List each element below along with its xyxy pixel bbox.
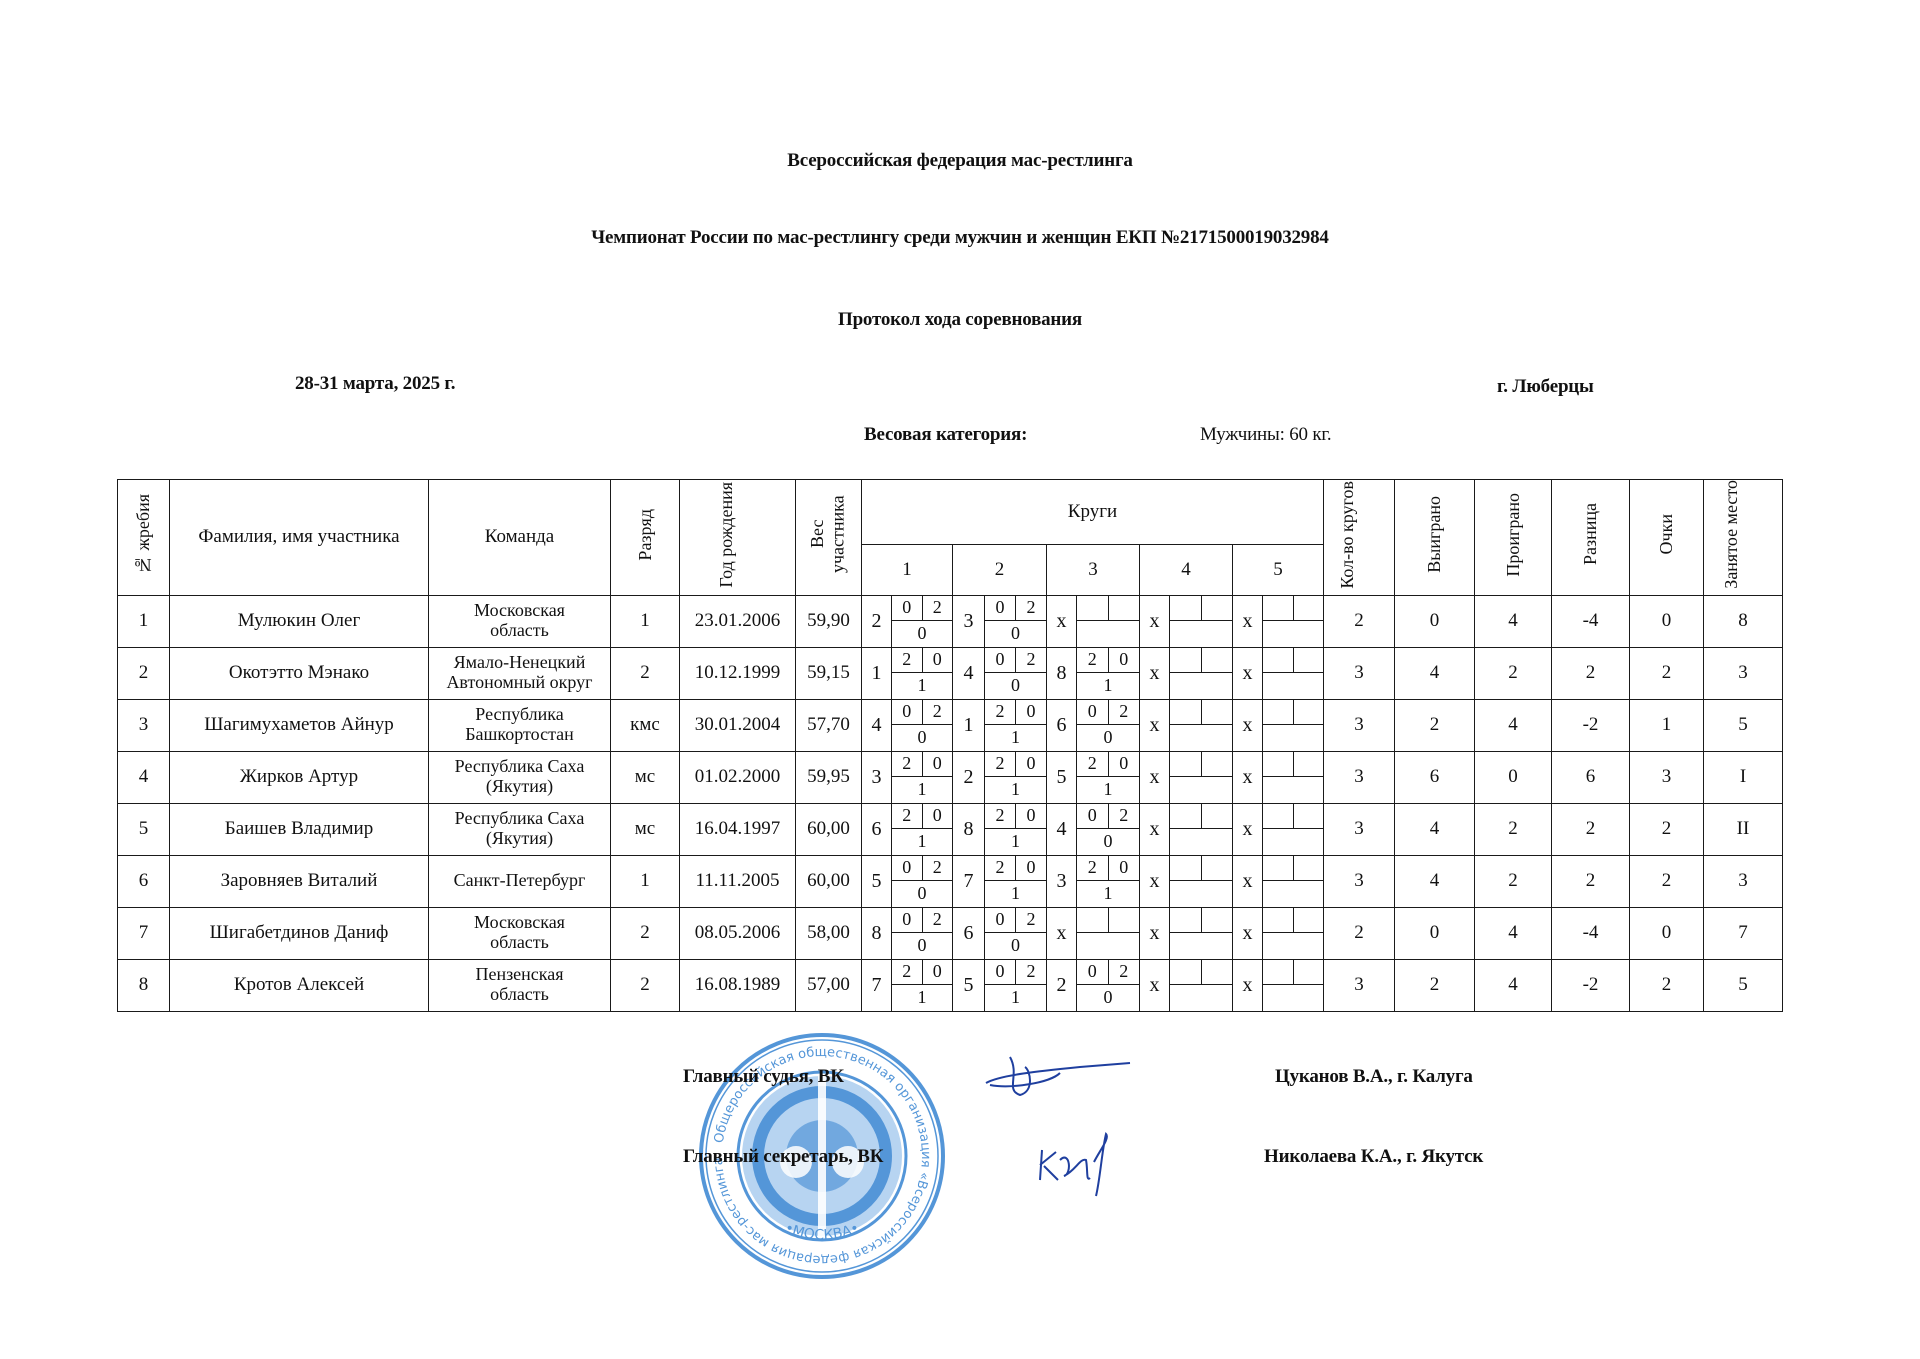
round-points: 1 <box>892 985 952 1011</box>
round-points <box>1263 725 1323 751</box>
round-opponent-cell: 5 <box>862 855 892 907</box>
round-points: 1 <box>892 777 952 803</box>
won-cell: 4 <box>1395 647 1475 699</box>
rounds-count-cell: 3 <box>1324 959 1395 1011</box>
round-score-cell: 020 <box>985 907 1047 959</box>
score-b: 2 <box>922 700 952 725</box>
name-cell: Шагимухаметов Айнур <box>170 699 429 751</box>
round-opponent-cell: 7 <box>862 959 892 1011</box>
round-score-cell <box>1263 907 1324 959</box>
score-b <box>1201 804 1232 829</box>
score-b: 0 <box>1016 804 1047 829</box>
team-line: Автономный округ <box>429 673 610 693</box>
round-score-box <box>1263 804 1323 854</box>
round-score-cell: 201 <box>892 751 953 803</box>
round-score-cell: 020 <box>892 855 953 907</box>
team-line: (Якутия) <box>429 777 610 797</box>
score-a <box>1170 856 1201 881</box>
round-points <box>1263 985 1323 1011</box>
round-score-cell: 020 <box>892 907 953 959</box>
round-points: 1 <box>1077 777 1139 803</box>
score-a <box>1170 908 1201 933</box>
points-cell: 2 <box>1630 647 1704 699</box>
round-score-box: 020 <box>1077 804 1139 854</box>
round-opponent-cell: 6 <box>953 907 985 959</box>
round-opponent-cell: x <box>1233 595 1263 647</box>
score-b: 0 <box>922 648 952 673</box>
round-opponent-cell: x <box>1233 803 1263 855</box>
round-score-cell: 201 <box>985 699 1047 751</box>
rank-cell: мс <box>611 803 680 855</box>
col-won: Выиграно <box>1395 480 1475 596</box>
weight-category-value: Мужчины: 60 кг. <box>1200 424 1331 446</box>
score-a <box>1170 752 1201 777</box>
round-opponent-cell: x <box>1047 907 1077 959</box>
name-cell: Шигабетдинов Даниф <box>170 907 429 959</box>
round-opponent-cell: 3 <box>953 595 985 647</box>
place-cell: II <box>1704 803 1783 855</box>
round-score-cell <box>1077 595 1140 647</box>
round-score-box: 201 <box>985 804 1046 854</box>
won-cell: 0 <box>1395 907 1475 959</box>
round-score-box: 201 <box>892 648 952 698</box>
birth-cell: 01.02.2000 <box>680 751 796 803</box>
rounds-count-cell: 3 <box>1324 855 1395 907</box>
round-opponent-cell: x <box>1140 959 1170 1011</box>
score-b: 2 <box>1108 804 1139 829</box>
score-b <box>1201 700 1232 725</box>
round-opponent-cell: 6 <box>1047 699 1077 751</box>
round-opponent-cell: x <box>1233 699 1263 751</box>
score-a: 2 <box>1077 752 1108 777</box>
round-score-box <box>1170 960 1232 1010</box>
round-score-cell <box>1263 751 1324 803</box>
score-b <box>1201 908 1232 933</box>
team-cell: Пензенскаяобласть <box>429 959 611 1011</box>
team-line: Санкт-Петербург <box>429 871 610 891</box>
round-score-cell: 020 <box>1077 699 1140 751</box>
round-score-cell <box>1263 699 1324 751</box>
round-opponent-cell: 2 <box>862 595 892 647</box>
birth-cell: 23.01.2006 <box>680 595 796 647</box>
round-opponent-cell: 1 <box>862 647 892 699</box>
place-cell: 5 <box>1704 699 1783 751</box>
col-rank: Разряд <box>611 480 680 596</box>
round-score-box: 201 <box>985 752 1046 802</box>
round-score-cell <box>1263 959 1324 1011</box>
round-score-cell: 201 <box>892 959 953 1011</box>
round-header-3: 3 <box>1047 545 1140 595</box>
points-cell: 0 <box>1630 595 1704 647</box>
rounds-count-cell: 3 <box>1324 803 1395 855</box>
rank-cell: 2 <box>611 907 680 959</box>
round-points: 0 <box>1077 985 1139 1011</box>
team-line: область <box>429 985 610 1005</box>
score-b <box>1293 960 1323 985</box>
team-cell: Московскаяобласть <box>429 907 611 959</box>
round-score-box: 201 <box>1077 648 1139 698</box>
score-b: 0 <box>1016 700 1047 725</box>
rounds-count-cell: 3 <box>1324 647 1395 699</box>
round-score-cell <box>1170 855 1233 907</box>
score-a: 0 <box>985 908 1016 933</box>
score-a: 0 <box>892 856 922 881</box>
table-row: 7Шигабетдинов ДанифМосковскаяобласть208.… <box>118 907 1783 959</box>
team-line: Московская <box>429 913 610 933</box>
score-b <box>1293 908 1323 933</box>
round-opponent-cell: x <box>1233 647 1263 699</box>
round-score-cell <box>1263 855 1324 907</box>
round-score-box <box>1263 648 1323 698</box>
round-score-box: 201 <box>985 700 1046 750</box>
round-score-box <box>1170 908 1232 958</box>
score-a <box>1263 648 1293 673</box>
draw-no-cell: 6 <box>118 855 170 907</box>
score-a: 2 <box>892 804 922 829</box>
round-score-box: 201 <box>892 804 952 854</box>
points-cell: 0 <box>1630 907 1704 959</box>
score-b <box>1201 752 1232 777</box>
round-score-cell <box>1263 803 1324 855</box>
score-a: 2 <box>985 804 1016 829</box>
score-b <box>1293 752 1323 777</box>
round-score-cell <box>1170 699 1233 751</box>
round-opponent-cell: 5 <box>1047 751 1077 803</box>
chief-judge-label: Главный судья, ВК <box>683 1066 844 1088</box>
won-cell: 4 <box>1395 855 1475 907</box>
round-opponent-cell: x <box>1233 907 1263 959</box>
round-points: 0 <box>892 725 952 751</box>
score-a: 0 <box>892 700 922 725</box>
lost-cell: 4 <box>1475 595 1552 647</box>
table-row: 5Баишев ВладимирРеспублика Саха(Якутия)м… <box>118 803 1783 855</box>
score-a <box>1077 908 1108 933</box>
score-b <box>1201 596 1232 621</box>
round-points <box>1170 881 1232 907</box>
round-score-box <box>1170 700 1232 750</box>
round-points: 0 <box>1077 725 1139 751</box>
round-score-box <box>1170 648 1232 698</box>
lost-cell: 4 <box>1475 699 1552 751</box>
round-score-box <box>1077 908 1139 958</box>
championship-title: Чемпионат России по мас-рестлингу среди … <box>0 227 1920 249</box>
round-points <box>1263 777 1323 803</box>
score-b: 2 <box>1016 596 1047 621</box>
round-score-cell: 201 <box>892 647 953 699</box>
table-row: 8Кротов АлексейПензенскаяобласть216.08.1… <box>118 959 1783 1011</box>
rank-cell: 2 <box>611 959 680 1011</box>
round-opponent-cell: 6 <box>862 803 892 855</box>
birth-cell: 10.12.1999 <box>680 647 796 699</box>
weight-cell: 59,15 <box>796 647 862 699</box>
round-points: 0 <box>985 933 1046 959</box>
chief-judge-name: Цуканов В.А., г. Калуга <box>1275 1066 1473 1088</box>
score-a <box>1263 700 1293 725</box>
points-cell: 2 <box>1630 959 1704 1011</box>
team-line: Московская <box>429 601 610 621</box>
score-b <box>1293 856 1323 881</box>
team-cell: РеспубликаБашкортостан <box>429 699 611 751</box>
round-points: 1 <box>985 777 1046 803</box>
points-cell: 2 <box>1630 803 1704 855</box>
score-a <box>1263 908 1293 933</box>
round-score-box: 201 <box>1077 856 1139 906</box>
rounds-count-cell: 3 <box>1324 699 1395 751</box>
team-line: область <box>429 933 610 953</box>
team-line: Башкортостан <box>429 725 610 745</box>
score-a: 2 <box>985 700 1016 725</box>
round-opponent-cell: 8 <box>1047 647 1077 699</box>
score-a: 2 <box>1077 856 1108 881</box>
event-dates: 28-31 марта, 2025 г. <box>295 373 455 395</box>
place-cell: 7 <box>1704 907 1783 959</box>
score-b: 2 <box>922 908 952 933</box>
col-weight: Вес участника <box>796 480 862 596</box>
score-a <box>1170 648 1201 673</box>
round-opponent-cell: 5 <box>953 959 985 1011</box>
score-b <box>1108 908 1139 933</box>
rank-cell: 1 <box>611 855 680 907</box>
team-cell: Республика Саха(Якутия) <box>429 803 611 855</box>
score-b: 0 <box>1016 752 1047 777</box>
round-points: 0 <box>985 673 1046 699</box>
score-b: 0 <box>1108 856 1139 881</box>
round-score-cell: 201 <box>1077 751 1140 803</box>
team-line: Ямало-Ненецкий <box>429 653 610 673</box>
round-score-cell: 201 <box>892 803 953 855</box>
place-cell: 3 <box>1704 855 1783 907</box>
round-score-box: 020 <box>1077 700 1139 750</box>
round-opponent-cell: 8 <box>862 907 892 959</box>
round-points <box>1263 933 1323 959</box>
round-points <box>1170 621 1232 647</box>
team-line: Республика <box>429 705 610 725</box>
score-b: 0 <box>1108 648 1139 673</box>
score-a: 0 <box>1077 804 1108 829</box>
round-points <box>1170 933 1232 959</box>
round-score-box: 201 <box>985 856 1046 906</box>
score-b: 0 <box>922 804 952 829</box>
won-cell: 2 <box>1395 959 1475 1011</box>
score-a <box>1263 856 1293 881</box>
round-score-cell: 020 <box>985 647 1047 699</box>
round-points: 0 <box>985 621 1046 647</box>
score-b: 2 <box>922 856 952 881</box>
score-b <box>1201 648 1232 673</box>
score-b: 2 <box>1108 700 1139 725</box>
score-a <box>1263 752 1293 777</box>
round-score-box <box>1170 596 1232 646</box>
score-a: 2 <box>892 752 922 777</box>
score-b <box>1293 596 1323 621</box>
place-cell: I <box>1704 751 1783 803</box>
round-score-box: 020 <box>892 596 952 646</box>
score-a <box>1170 596 1201 621</box>
diff-cell: -4 <box>1552 907 1630 959</box>
rank-cell: мс <box>611 751 680 803</box>
round-score-box: 020 <box>985 596 1046 646</box>
score-b: 2 <box>1108 960 1139 985</box>
col-place: Занятое место <box>1704 480 1783 596</box>
team-cell: Республика Саха(Якутия) <box>429 751 611 803</box>
rounds-count-cell: 3 <box>1324 751 1395 803</box>
table-row: 2Окотэтто МэнакоЯмало-НенецкийАвтономный… <box>118 647 1783 699</box>
round-opponent-cell: x <box>1233 751 1263 803</box>
points-cell: 2 <box>1630 855 1704 907</box>
diff-cell: -4 <box>1552 595 1630 647</box>
score-a: 2 <box>892 648 922 673</box>
score-b: 0 <box>1016 856 1047 881</box>
round-score-box <box>1263 752 1323 802</box>
score-b <box>1108 596 1139 621</box>
chief-secretary-label: Главный секретарь, ВК <box>683 1146 883 1168</box>
score-b: 0 <box>922 752 952 777</box>
round-score-box: 020 <box>892 856 952 906</box>
weight-cell: 60,00 <box>796 803 862 855</box>
score-a <box>1170 804 1201 829</box>
round-score-cell: 201 <box>1077 647 1140 699</box>
score-b: 0 <box>1108 752 1139 777</box>
round-score-box: 020 <box>892 700 952 750</box>
protocol-title: Протокол хода соревнования <box>0 309 1920 331</box>
team-line: Пензенская <box>429 965 610 985</box>
round-opponent-cell: x <box>1140 803 1170 855</box>
round-points: 1 <box>985 881 1046 907</box>
round-points: 1 <box>985 985 1046 1011</box>
round-score-cell <box>1170 751 1233 803</box>
birth-cell: 11.11.2005 <box>680 855 796 907</box>
won-cell: 4 <box>1395 803 1475 855</box>
round-score-cell <box>1263 595 1324 647</box>
won-cell: 6 <box>1395 751 1475 803</box>
round-score-cell: 201 <box>985 751 1047 803</box>
name-cell: Жирков Артур <box>170 751 429 803</box>
lost-cell: 2 <box>1475 647 1552 699</box>
round-score-box <box>1263 596 1323 646</box>
secretary-signature-icon <box>1030 1130 1130 1205</box>
score-a <box>1263 596 1293 621</box>
round-points: 1 <box>1077 673 1139 699</box>
round-score-box: 201 <box>892 960 952 1010</box>
round-opponent-cell: 8 <box>953 803 985 855</box>
col-points: Очки <box>1630 480 1704 596</box>
score-b: 2 <box>1016 960 1047 985</box>
round-score-box <box>1263 960 1323 1010</box>
round-opponent-cell: 2 <box>1047 959 1077 1011</box>
round-score-cell <box>1170 959 1233 1011</box>
birth-cell: 16.08.1989 <box>680 959 796 1011</box>
diff-cell: -2 <box>1552 959 1630 1011</box>
table-row: 6Заровняев ВиталийСанкт-Петербург111.11.… <box>118 855 1783 907</box>
team-cell: Ямало-НенецкийАвтономный округ <box>429 647 611 699</box>
score-a: 0 <box>985 960 1016 985</box>
draw-no-cell: 5 <box>118 803 170 855</box>
score-b <box>1293 648 1323 673</box>
round-points <box>1077 933 1139 959</box>
round-opponent-cell: x <box>1140 855 1170 907</box>
round-points: 0 <box>892 881 952 907</box>
chief-secretary-name: Николаева К.А., г. Якутск <box>1264 1146 1483 1168</box>
weight-cell: 57,70 <box>796 699 862 751</box>
round-opponent-cell: x <box>1140 647 1170 699</box>
round-score-cell: 201 <box>1077 855 1140 907</box>
draw-no-cell: 8 <box>118 959 170 1011</box>
round-score-box: 020 <box>892 908 952 958</box>
round-points: 0 <box>1077 829 1139 855</box>
lost-cell: 4 <box>1475 959 1552 1011</box>
round-score-box: 021 <box>985 960 1046 1010</box>
round-score-cell <box>1170 647 1233 699</box>
round-points <box>1170 725 1232 751</box>
score-a <box>1077 596 1108 621</box>
lost-cell: 2 <box>1475 855 1552 907</box>
score-a: 0 <box>985 648 1016 673</box>
round-opponent-cell: x <box>1233 855 1263 907</box>
round-score-box: 020 <box>985 648 1046 698</box>
place-cell: 3 <box>1704 647 1783 699</box>
draw-no-cell: 7 <box>118 907 170 959</box>
rank-cell: кмс <box>611 699 680 751</box>
rank-cell: 1 <box>611 595 680 647</box>
place-cell: 5 <box>1704 959 1783 1011</box>
won-cell: 0 <box>1395 595 1475 647</box>
diff-cell: 2 <box>1552 647 1630 699</box>
round-opponent-cell: 4 <box>953 647 985 699</box>
judge-signature-icon <box>980 1045 1140 1105</box>
score-a <box>1170 960 1201 985</box>
round-score-box <box>1263 700 1323 750</box>
col-team: Команда <box>429 480 611 596</box>
score-a: 0 <box>985 596 1016 621</box>
diff-cell: 6 <box>1552 751 1630 803</box>
round-score-cell <box>1170 595 1233 647</box>
round-points <box>1263 621 1323 647</box>
score-a: 2 <box>985 752 1016 777</box>
round-score-cell <box>1077 907 1140 959</box>
score-a: 0 <box>892 908 922 933</box>
round-points: 1 <box>985 829 1046 855</box>
score-b: 2 <box>922 596 952 621</box>
round-score-box: 201 <box>892 752 952 802</box>
weight-cell: 59,95 <box>796 751 862 803</box>
name-cell: Окотэтто Мэнако <box>170 647 429 699</box>
round-points <box>1077 621 1139 647</box>
round-points <box>1263 829 1323 855</box>
round-opponent-cell: 4 <box>862 699 892 751</box>
protocol-table: № жребия Фамилия, имя участника Команда … <box>117 479 1783 1012</box>
col-diff: Разница <box>1552 480 1630 596</box>
round-points <box>1170 777 1232 803</box>
diff-cell: -2 <box>1552 699 1630 751</box>
score-a: 0 <box>892 596 922 621</box>
rounds-count-cell: 2 <box>1324 595 1395 647</box>
score-a: 2 <box>1077 648 1108 673</box>
table-row: 3Шагимухаметов АйнурРеспубликаБашкортост… <box>118 699 1783 751</box>
weight-cell: 59,90 <box>796 595 862 647</box>
round-score-box: 020 <box>985 908 1046 958</box>
birth-cell: 16.04.1997 <box>680 803 796 855</box>
team-line: (Якутия) <box>429 829 610 849</box>
round-score-cell: 020 <box>892 595 953 647</box>
col-rounds-count: Кол-во кругов <box>1324 480 1395 596</box>
round-points: 1 <box>1077 881 1139 907</box>
rounds-count-cell: 2 <box>1324 907 1395 959</box>
table-row: 4Жирков АртурРеспублика Саха(Якутия)мс01… <box>118 751 1783 803</box>
round-points <box>1170 673 1232 699</box>
round-score-box <box>1263 856 1323 906</box>
birth-cell: 30.01.2004 <box>680 699 796 751</box>
round-opponent-cell: 4 <box>1047 803 1077 855</box>
